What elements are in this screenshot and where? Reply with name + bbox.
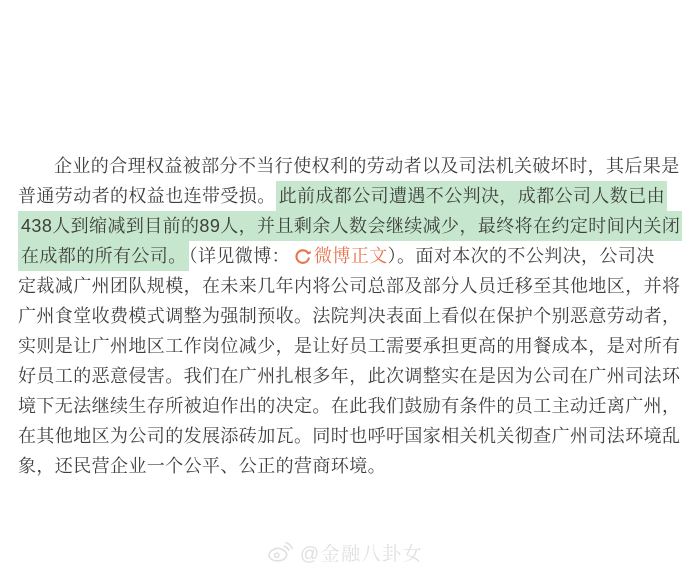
text-segment: 定裁减广州团队规模，在未来几年内将公司总部及部分人员迁移至其他地区，并将 (18, 276, 680, 296)
highlighted-text: 438人到缩减到目前的89人，并且剩余人数会继续减少，最终将在约定时间内关闭 (18, 211, 682, 241)
watermark-handle: @金融八卦女 (300, 539, 423, 566)
screenshot-root: 企业的合理权益被部分不当行使权利的劳动者以及司法机关破坏时，其后果是普通劳动者的… (0, 0, 690, 572)
watermark: @金融八卦女 (0, 538, 690, 566)
text-line: 好员工的恶意侵害。我们在广州扎根多年，此次调整实在是因为公司在广州司法环 (18, 361, 676, 391)
text-line: 438人到缩减到目前的89人，并且剩余人数会继续减少，最终将在约定时间内关闭 (18, 211, 676, 241)
text-segment: 境下无法继续生存所被迫作出的决定。在此我们鼓励有条件的员工主动迁离广州， (18, 396, 680, 416)
text-segment: 实则是让广州地区工作岗位减少，是让好员工需要承担更高的用餐成本，是对所有 (18, 336, 680, 356)
weibo-post-link[interactable]: 微博正文 (314, 246, 388, 266)
text-line: 象，还民营企业一个公平、公正的营商环境。 (18, 451, 676, 481)
text-segment: ）。面对本次的不公判决，公司决 (388, 246, 655, 266)
text-line: 定裁减广州团队规模，在未来几年内将公司总部及部分人员迁移至其他地区，并将 (18, 271, 676, 301)
text-line: 广州食堂收费模式调整为强制预收。法院判决表面上看似在保护个别恶意劳动者， (18, 301, 676, 331)
text-line: 普通劳动者的权益也连带受损。此前成都公司遭遇不公判决，成都公司人数已由 (18, 181, 676, 211)
text-segment: 在其他地区为公司的发展添砖加瓦。同时也呼吁国家相关机关彻查广州司法环境乱 (18, 426, 680, 446)
text-line: 实则是让广州地区工作岗位减少，是让好员工需要承担更高的用餐成本，是对所有 (18, 331, 676, 361)
text-segment: （详见微博： (189, 246, 290, 266)
highlighted-text: 此前成都公司遭遇不公判决，成都公司人数已由 (276, 181, 667, 211)
weibo-link-icon[interactable] (294, 248, 311, 265)
text-line: 境下无法继续生存所被迫作出的决定。在此我们鼓励有条件的员工主动迁离广州， (18, 391, 676, 421)
text-segment: 广州食堂收费模式调整为强制预收。法院判决表面上看似在保护个别恶意劳动者， (18, 306, 680, 326)
text-line: 在其他地区为公司的发展添砖加瓦。同时也呼吁国家相关机关彻查广州司法环境乱 (18, 421, 676, 451)
text-segment: 象，还民营企业一个公平、公正的营商环境。 (18, 456, 386, 476)
text-segment: 好员工的恶意侵害。我们在广州扎根多年，此次调整实在是因为公司在广州司法环 (18, 366, 680, 386)
text-line: 在成都的所有公司。（详见微博：微博正文）。面对本次的不公判决，公司决 (18, 241, 676, 271)
announcement-text: 企业的合理权益被部分不当行使权利的劳动者以及司法机关破坏时，其后果是普通劳动者的… (18, 151, 676, 481)
text-segment: 普通劳动者的权益也连带受损。 (18, 186, 276, 206)
text-line: 企业的合理权益被部分不当行使权利的劳动者以及司法机关破坏时，其后果是 (18, 151, 676, 181)
weibo-logo-icon (267, 541, 294, 563)
highlighted-text: 在成都的所有公司。 (18, 241, 189, 271)
text-segment: 企业的合理权益被部分不当行使权利的劳动者以及司法机关破坏时，其后果是 (54, 156, 680, 176)
